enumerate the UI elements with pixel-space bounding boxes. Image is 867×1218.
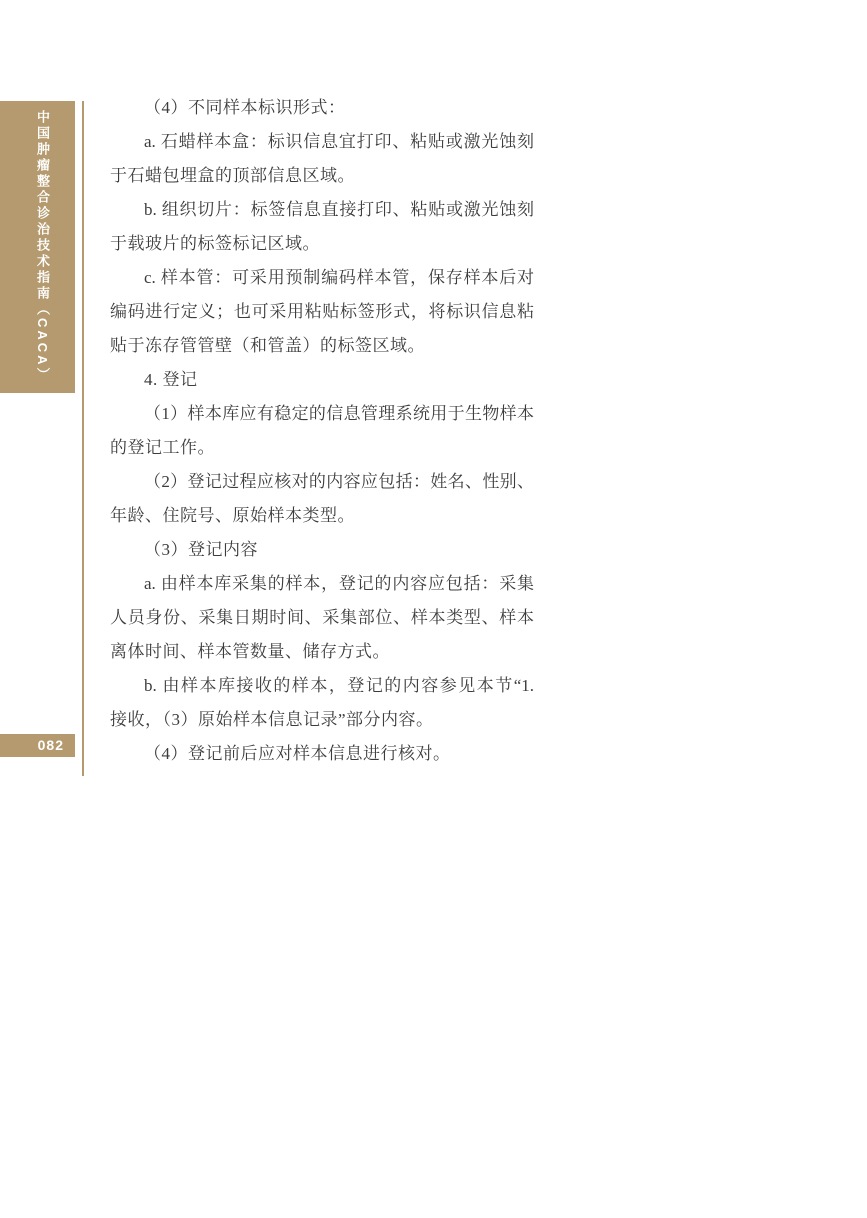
text-line: （4）登记前后应对样本信息进行核对。	[110, 737, 534, 771]
text-line: （3）登记内容	[110, 533, 534, 567]
text-line: 人员身份、采集日期时间、采集部位、样本类型、样本	[110, 601, 534, 635]
page-number-badge: 082	[0, 734, 75, 757]
sidebar-divider-rule	[82, 101, 84, 776]
text-line: c. 样本管：可采用预制编码样本管，保存样本后对	[110, 261, 534, 295]
text-line: a. 由样本库采集的样本，登记的内容应包括：采集	[110, 567, 534, 601]
text-line: （4）不同样本标识形式：	[110, 91, 534, 125]
text-line: （2）登记过程应核对的内容应包括：姓名、性别、	[110, 465, 534, 499]
page-number: 082	[38, 737, 64, 753]
text-line: 贴于冻存管管壁（和管盖）的标签区域。	[110, 329, 534, 363]
text-line: b. 组织切片：标签信息直接打印、粘贴或激光蚀刻	[110, 193, 534, 227]
text-line: 于石蜡包埋盒的顶部信息区域。	[110, 159, 534, 193]
text-line: 4. 登记	[110, 363, 534, 397]
text-line: （1）样本库应有稳定的信息管理系统用于生物样本	[110, 397, 534, 431]
text-line: 于载玻片的标签标记区域。	[110, 227, 534, 261]
document-page: 中国肿瘤整合诊治技术指南（CACA） 082 （4）不同样本标识形式：a. 石蜡…	[0, 0, 867, 1218]
sidebar-accent-bar: 中国肿瘤整合诊治技术指南（CACA）	[0, 101, 75, 393]
text-line: 编码进行定义；也可采用粘贴标签形式，将标识信息粘	[110, 295, 534, 329]
book-title-vertical: 中国肿瘤整合诊治技术指南（CACA）	[33, 110, 52, 384]
text-line: a. 石蜡样本盒：标识信息宜打印、粘贴或激光蚀刻	[110, 125, 534, 159]
text-line: b. 由样本库接收的样本，登记的内容参见本节“1.	[110, 669, 534, 703]
text-line: 离体时间、样本管数量、储存方式。	[110, 635, 534, 669]
content-area: （4）不同样本标识形式：a. 石蜡样本盒：标识信息宜打印、粘贴或激光蚀刻于石蜡包…	[110, 91, 534, 771]
text-line: 年龄、住院号、原始样本类型。	[110, 499, 534, 533]
text-line: 接收，（3）原始样本信息记录”部分内容。	[110, 703, 534, 737]
text-line: 的登记工作。	[110, 431, 534, 465]
